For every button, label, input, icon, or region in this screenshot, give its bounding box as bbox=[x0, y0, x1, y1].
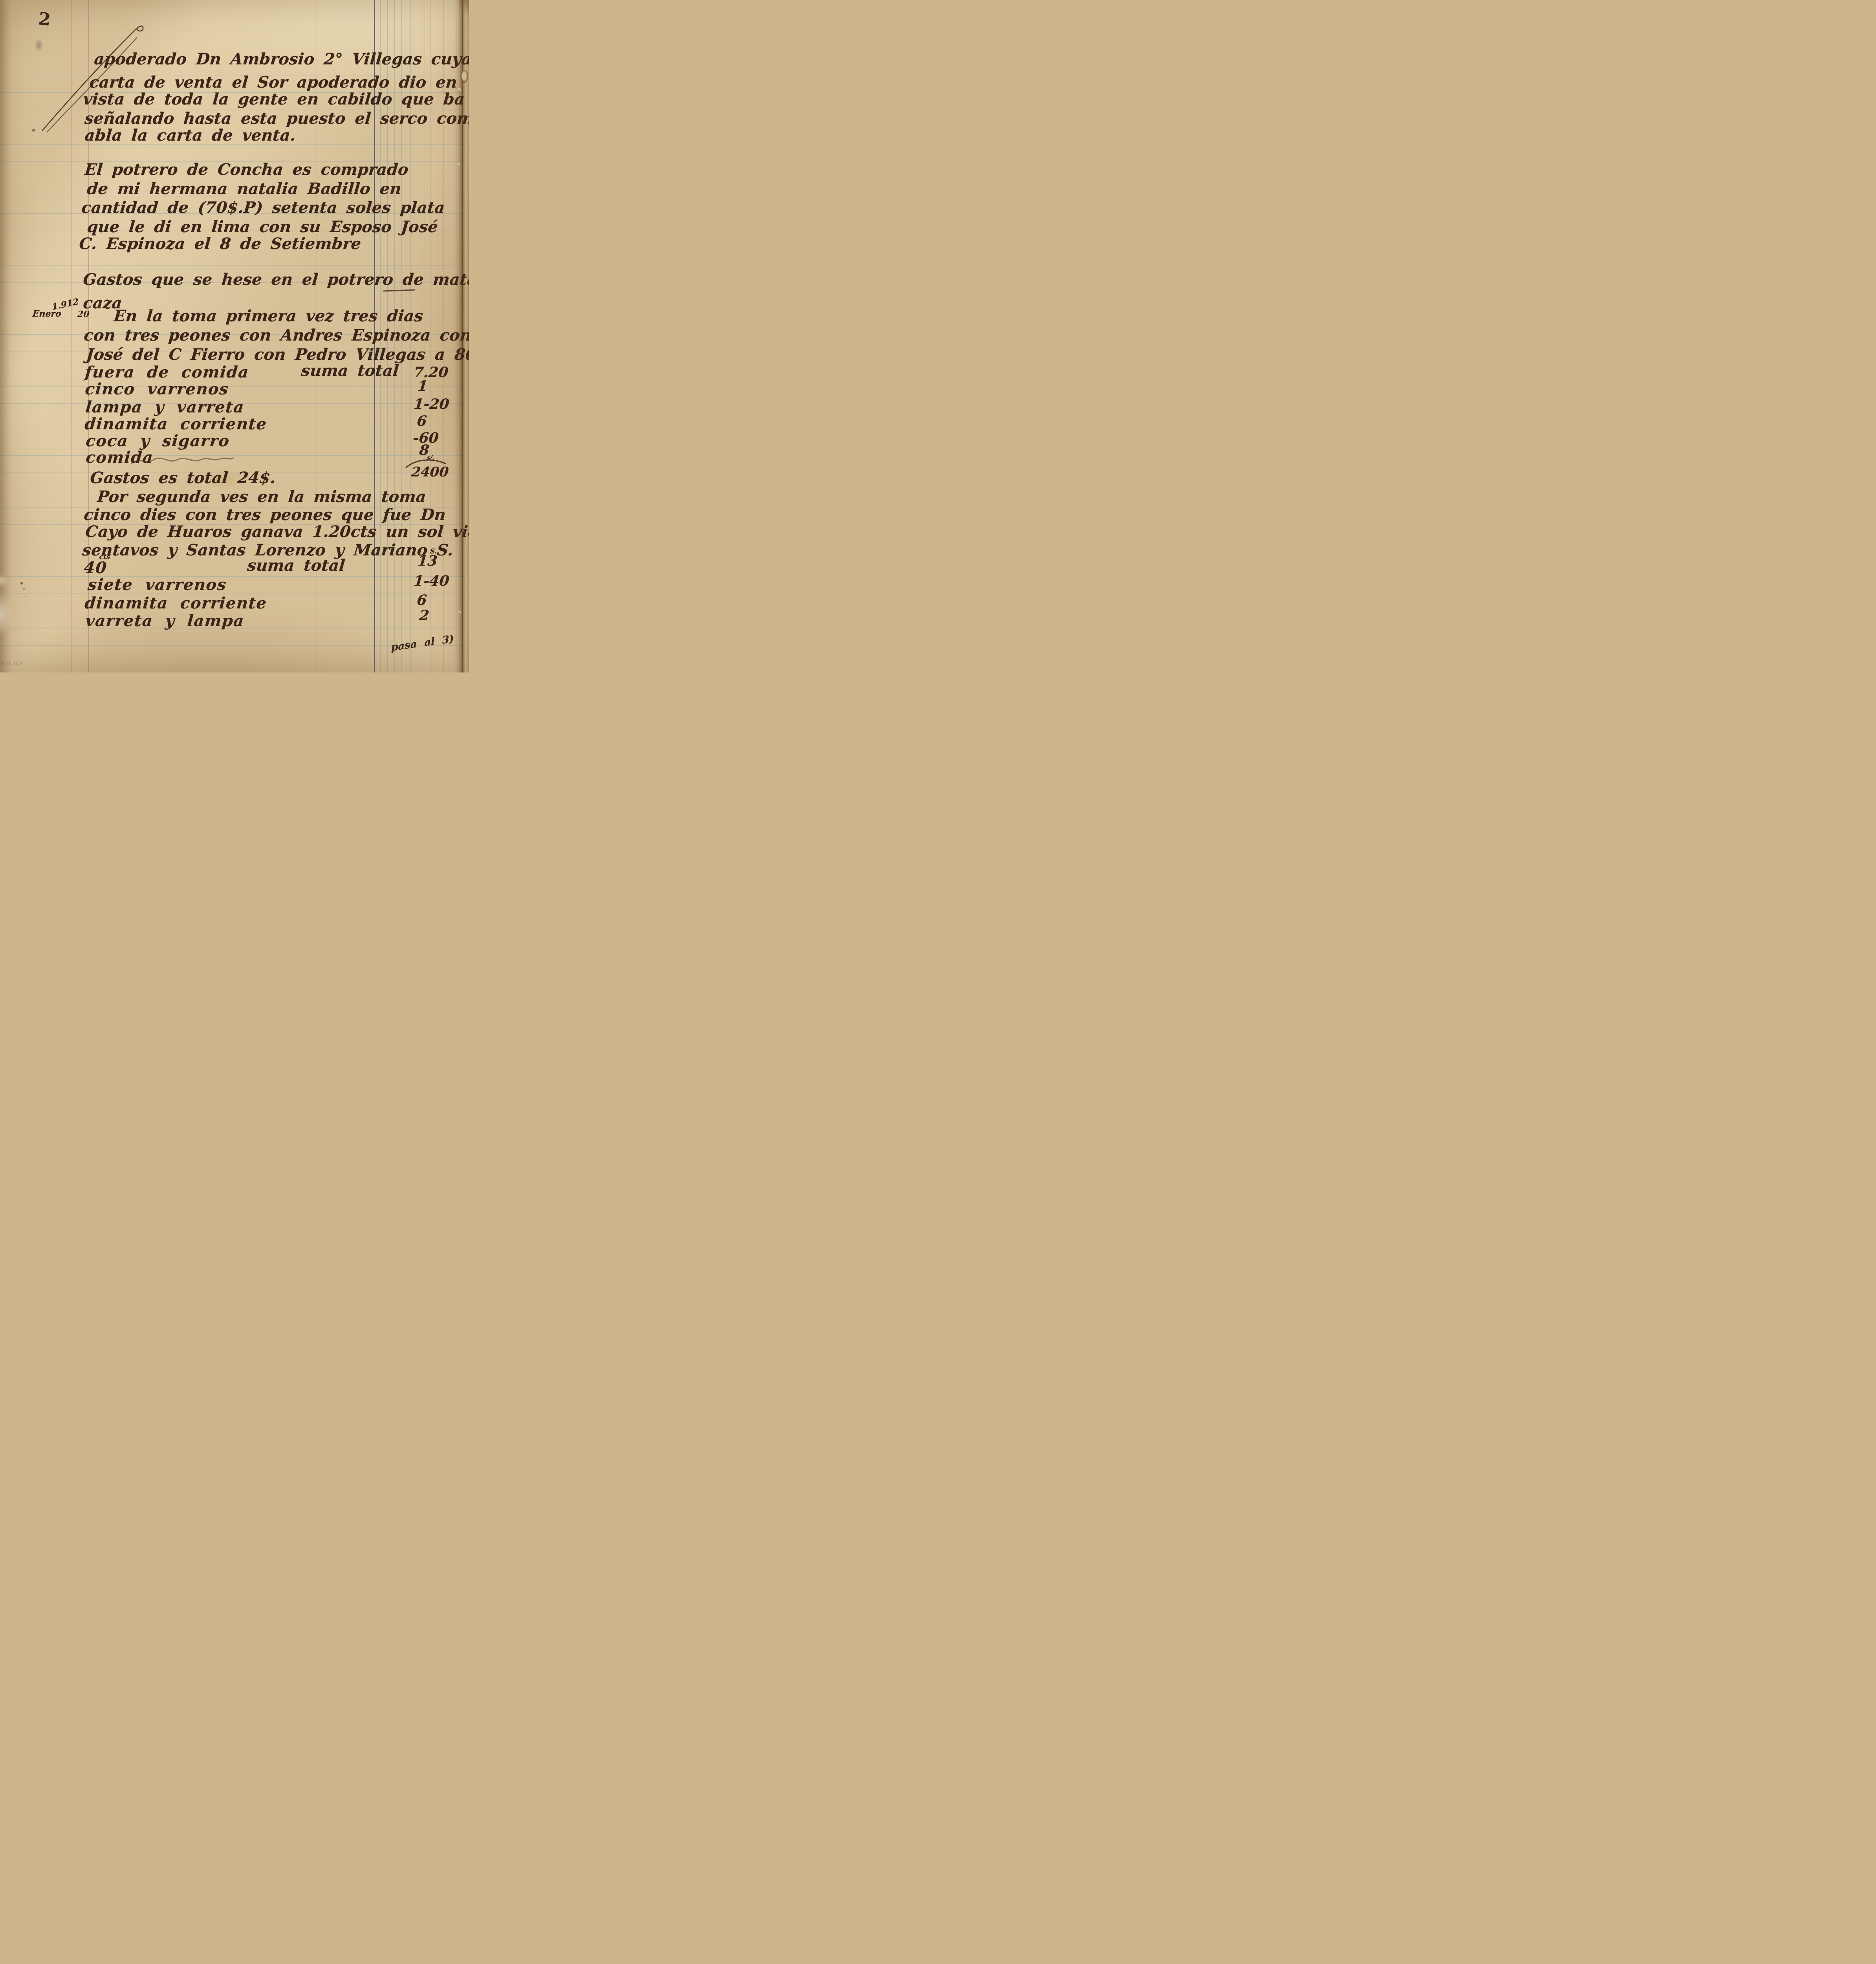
torn-fiber bbox=[457, 163, 460, 165]
torn-fiber bbox=[458, 610, 462, 613]
carry-over-note: pasa al 3) bbox=[391, 634, 454, 653]
margin-date-month: Enero bbox=[32, 310, 62, 318]
manuscript-line: José del C Fierro con Pedro Villegas a 8… bbox=[86, 347, 469, 363]
ink-specks bbox=[20, 582, 23, 584]
cents-superscript: cts bbox=[99, 554, 110, 561]
manuscript-line: señalando hasta esta puesto el serco com… bbox=[84, 111, 469, 126]
expense-desc: comida bbox=[85, 450, 154, 465]
manuscript-line: carta de venta el Sor apoderado dio en bbox=[89, 75, 458, 90]
manuscript-line: Cayo de Huaros ganava 1.20cts un sol vie… bbox=[85, 524, 469, 540]
total-note: Gastos es total 24$. bbox=[90, 470, 277, 486]
ink-dot bbox=[32, 129, 35, 132]
margin-date-day: 20 bbox=[77, 310, 90, 319]
expense-desc: coca y sigarro bbox=[85, 433, 230, 449]
amount: 13 bbox=[417, 554, 438, 568]
ink-smudge bbox=[35, 38, 43, 52]
title-underline bbox=[383, 289, 415, 292]
page-number: 2 bbox=[38, 10, 51, 29]
manuscript-line: En la toma primera vez tres dias bbox=[113, 308, 424, 324]
section-title: Gastos que se hese en el potrero de mata bbox=[82, 272, 469, 288]
expense-desc: dinamita corriente bbox=[84, 416, 267, 432]
amount: 1 bbox=[417, 379, 428, 393]
expense-desc: siete varrenos bbox=[87, 577, 227, 593]
manuscript-line: cinco dies con tres peones que fue Dn bbox=[83, 507, 447, 523]
manuscript-line: vista de toda la gente en cabildo que ba bbox=[82, 92, 465, 107]
manuscript-line: de mi hermana natalia Badillo en bbox=[86, 181, 402, 197]
amount: 7.20 bbox=[413, 365, 449, 379]
amount: 6 bbox=[416, 593, 427, 607]
manuscript-line: apoderado Dn Ambrosio 2° Villegas cuya bbox=[93, 51, 469, 67]
expense-desc: dinamita corriente bbox=[84, 595, 267, 611]
margin-rule-red bbox=[71, 0, 71, 672]
sum-total-label: suma total bbox=[247, 558, 346, 573]
amount: 1-20 bbox=[413, 397, 450, 411]
expense-desc: 40 bbox=[83, 560, 108, 576]
currency-mark: s/. bbox=[427, 455, 434, 461]
pencil-scratch bbox=[2, 661, 23, 665]
manuscript-line: C. Espinoza el 8 de Setiembre bbox=[79, 236, 362, 252]
manuscript-line: sentavos y Santas Lorenzo y Mariano S. bbox=[82, 542, 454, 558]
paper-chip bbox=[0, 572, 16, 590]
expense-desc: lampa y varreta bbox=[85, 399, 245, 415]
expense-desc: varreta y lampa bbox=[85, 613, 245, 629]
corner-shadow bbox=[459, 0, 469, 16]
amount: 6 bbox=[416, 414, 427, 428]
manuscript-line: abla la carta de venta. bbox=[84, 128, 297, 143]
expense-desc: fuera de comida bbox=[84, 365, 249, 380]
manuscript-line: El potrero de Concha es comprado bbox=[84, 162, 409, 178]
manuscript-line: cantidad de (70$.P) setenta soles plata bbox=[81, 200, 445, 216]
amount: 1-40 bbox=[413, 574, 450, 588]
sum-total-label: suma total bbox=[300, 363, 399, 379]
amount: 2 bbox=[419, 608, 430, 623]
soles-superscript: S. bbox=[430, 548, 437, 555]
manuscript-line: con tres peones con Andres Espinoza con bbox=[83, 328, 469, 343]
expense-desc: cinco varrenos bbox=[84, 381, 229, 397]
crease-hole bbox=[460, 70, 468, 83]
ledger-page: 2 apoderado Dn Ambrosio 2° Villegas cuya… bbox=[0, 0, 469, 672]
paper-chip bbox=[0, 584, 23, 643]
manuscript-line: que le di en lima con su Esposo José bbox=[86, 219, 439, 235]
total-amount: 2400 bbox=[411, 465, 449, 479]
manuscript-line: Por segunda ves en la misma toma bbox=[97, 489, 427, 505]
